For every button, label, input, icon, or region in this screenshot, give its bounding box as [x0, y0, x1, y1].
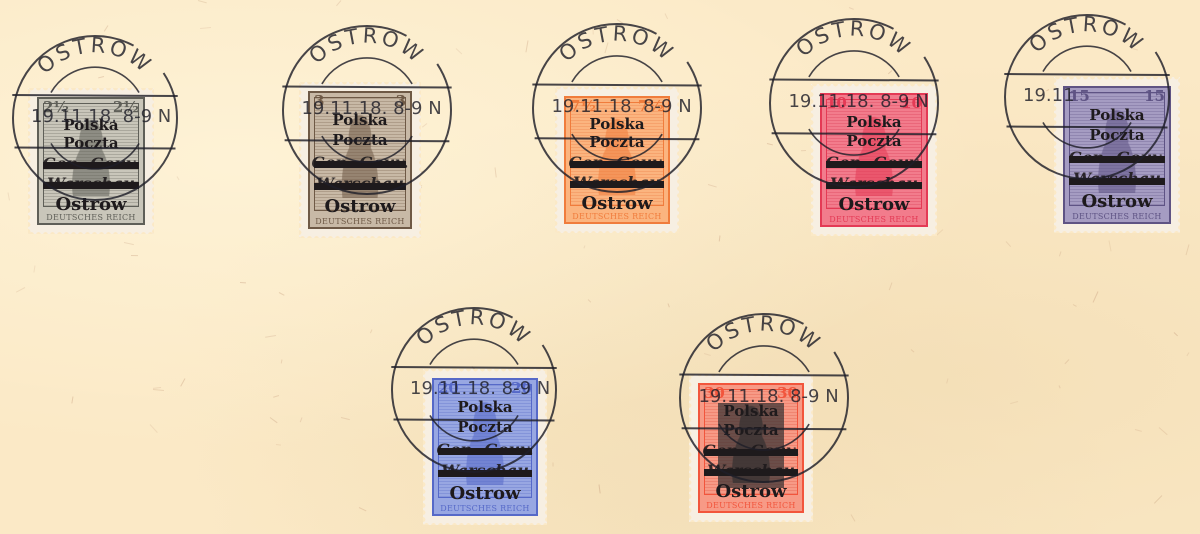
paper-fiber [98, 76, 104, 79]
postmark-inner-arc [572, 56, 662, 82]
postmark-inner-arc [322, 58, 412, 84]
paper-fiber [936, 229, 944, 236]
paper-fiber [197, 0, 206, 3]
paper-fiber [648, 28, 655, 32]
paper-fiber [1046, 89, 1049, 91]
paper-fiber [592, 28, 593, 34]
paper-fiber [946, 378, 948, 384]
stamp-design: 20 20 DEUTSCHES REICH Polska Poczta Gen.… [432, 378, 538, 516]
overprint: Polska Poczta Gen.-Gouv. Warschau Ostrow [566, 98, 668, 222]
paper-fiber [1174, 333, 1178, 337]
postmark-town: OSTROW [1024, 12, 1149, 57]
paper-fiber [1154, 495, 1162, 503]
stamp-design: 3 3 DEUTSCHES REICH Polska Poczta Gen.-G… [308, 91, 412, 229]
stamp-15-violet: 15 15 DEUTSCHES REICH Polska Poczta Gen.… [1054, 77, 1180, 233]
stamp-10-red: 10 10 DEUTSCHES REICH Polska Poczta Gen.… [811, 84, 937, 236]
paper-fiber [270, 417, 278, 423]
paper-fiber [1186, 352, 1189, 356]
paper-fiber [910, 349, 914, 352]
paper-fiber [279, 292, 285, 296]
paper-fiber [848, 7, 853, 10]
paper-fiber [704, 353, 711, 356]
paper-fiber [281, 359, 283, 364]
paper-fiber [802, 150, 807, 151]
postmark-town: OSTROW [411, 305, 536, 350]
paper-fiber [719, 235, 721, 241]
paper-fiber [1059, 252, 1062, 257]
obliteration-bar [1069, 178, 1165, 185]
paper-fiber [71, 396, 73, 403]
overprint-line-polska: Polska [434, 400, 536, 415]
stamp-design: 30 30 DEUTSCHES REICH Polska Poczta Gen.… [698, 383, 804, 513]
paper-fiber [276, 444, 281, 446]
paper-fiber [180, 378, 185, 387]
overprint: Polska Poczta Gen.-Gouv. Warschau Ostrow [310, 93, 410, 227]
overprint-line-ostrow: Ostrow [700, 483, 802, 501]
paper-fiber [240, 282, 246, 283]
obliteration-bar [1069, 156, 1165, 163]
overprint-line-poczta: Poczta [566, 135, 668, 150]
paper-fiber [667, 303, 669, 307]
overprint-line-poczta: Poczta [434, 420, 536, 435]
paper-fiber [889, 282, 893, 290]
paper-fiber [153, 389, 164, 391]
overprint-line-ostrow: Ostrow [434, 485, 536, 503]
paper-fiber [767, 143, 773, 145]
paper-fiber [495, 167, 497, 177]
obliteration-bar [438, 448, 532, 455]
paper-fiber [8, 193, 11, 201]
paper-fiber [131, 255, 138, 256]
paper-fiber [588, 300, 592, 304]
overprint-line-polska: Polska [566, 117, 668, 132]
paper-fiber [604, 42, 608, 53]
overprint: Polska Poczta Gen.-Gouv. Warschau Ostrow [1065, 88, 1169, 222]
obliteration-bar [826, 182, 922, 189]
paper-fiber [887, 71, 892, 75]
paper-fiber [336, 0, 341, 6]
paper-fiber [99, 37, 103, 41]
overprint-line-polska: Polska [1065, 108, 1169, 123]
overprint-line-poczta: Poczta [310, 133, 410, 148]
postmark-town: OSTROW [701, 311, 826, 356]
postmark-inner-arc [1043, 46, 1131, 71]
stamp-design: 7½ 7½ DEUTSCHES REICH Polska Poczta Gen.… [564, 96, 670, 224]
paper-fiber [1135, 429, 1142, 432]
obliteration-bar [704, 449, 798, 456]
stamp-30-orange-black: 30 30 DEUTSCHES REICH Polska Poczta Gen.… [689, 374, 813, 522]
postmark-bar-line [769, 79, 938, 80]
paper-fiber [1010, 401, 1018, 404]
paper-fiber [1073, 304, 1077, 307]
postmark-inner-arc [719, 346, 809, 372]
paper-fiber [200, 27, 211, 29]
postmark-town: OSTROW [304, 23, 429, 68]
postmark-town: OSTROW [32, 33, 157, 78]
obliteration-bar [43, 182, 139, 189]
paper-fiber [153, 387, 161, 389]
paper-fiber [265, 335, 276, 338]
paper-fiber [274, 395, 280, 398]
paper-fiber [150, 424, 158, 433]
paper-fiber [358, 507, 366, 512]
obliteration-bar [43, 162, 139, 169]
paper-fiber [456, 48, 462, 54]
overprint-line-ostrow: Ostrow [39, 196, 143, 214]
postmark-bar-line [532, 84, 701, 85]
stamp-design: 10 10 DEUTSCHES REICH Polska Poczta Gen.… [820, 93, 928, 227]
paper-fiber [33, 266, 35, 273]
paper-fiber [583, 245, 585, 248]
paper-fiber [552, 463, 553, 467]
paper-fiber [1064, 359, 1069, 364]
postmark-bar-line [1004, 74, 1169, 75]
overprint-line-ostrow: Ostrow [1065, 193, 1169, 211]
obliteration-bar [704, 469, 798, 476]
overprint-line-polska: Polska [310, 113, 410, 128]
overprint: Polska Poczta Gen.-Gouv. Warschau Ostrow [39, 99, 143, 223]
paper-fiber [665, 13, 668, 19]
paper-fiber [1185, 244, 1189, 255]
paper-fiber [1006, 241, 1011, 247]
paper-fiber [16, 287, 26, 293]
overprint-line-polska: Polska [39, 118, 143, 133]
overprint: Polska Poczta Gen.-Gouv. Warschau Ostrow [700, 385, 802, 511]
paper-fiber [370, 329, 372, 333]
overprint: Polska Poczta Gen.-Gouv. Warschau Ostrow [434, 380, 536, 514]
paper-fiber [526, 41, 529, 53]
overprint: Polska Poczta Gen.-Gouv. Warschau Ostrow [822, 95, 926, 225]
obliteration-bar [314, 161, 406, 168]
paper-fiber [299, 418, 302, 423]
postmark-inner-arc [809, 51, 899, 77]
stamp-20-blue: 20 20 DEUTSCHES REICH Polska Poczta Gen.… [423, 369, 547, 525]
postmark-inner-arc [430, 339, 518, 364]
stamp-3-brown: 3 3 DEUTSCHES REICH Polska Poczta Gen.-G… [299, 82, 421, 238]
paper-fiber [850, 514, 855, 522]
stamp-7-half-orange: 7½ 7½ DEUTSCHES REICH Polska Poczta Gen.… [555, 87, 679, 233]
paper-fiber [617, 19, 623, 23]
album-page: 2½ 2½ DEUTSCHES REICH Polska Poczta Gen.… [0, 0, 1200, 534]
overprint-line-poczta: Poczta [700, 423, 802, 438]
paper-fiber [1058, 386, 1060, 390]
overprint-line-ostrow: Ostrow [310, 198, 410, 216]
overprint-line-poczta: Poczta [39, 136, 143, 151]
paper-fiber [104, 26, 108, 32]
postmark-town: OSTROW [554, 21, 679, 66]
paper-fiber [598, 484, 600, 493]
obliteration-bar [314, 183, 406, 190]
paper-fiber [1159, 427, 1168, 435]
obliteration-bar [438, 470, 532, 477]
paper-fiber [124, 242, 134, 245]
paper-fiber [422, 123, 427, 127]
paper-fiber [176, 176, 179, 180]
stamp-2-half-grey: 2½ 2½ DEUTSCHES REICH Polska Poczta Gen.… [28, 88, 154, 234]
obliteration-bar [826, 161, 922, 168]
overprint-line-poczta: Poczta [1065, 128, 1169, 143]
overprint-line-ostrow: Ostrow [566, 195, 668, 213]
paper-fiber [341, 417, 350, 420]
overprint-line-polska: Polska [822, 115, 926, 130]
paper-fiber [1109, 241, 1112, 252]
obliteration-bar [570, 181, 664, 188]
overprint-line-polska: Polska [700, 404, 802, 419]
overprint-line-ostrow: Ostrow [822, 196, 926, 214]
paper-fiber [708, 184, 717, 187]
stamp-design: 15 15 DEUTSCHES REICH Polska Poczta Gen.… [1063, 86, 1171, 224]
overprint-line-poczta: Poczta [822, 134, 926, 149]
obliteration-bar [570, 161, 664, 168]
postmark-town: OSTROW [791, 16, 916, 61]
paper-fiber [1132, 48, 1138, 51]
paper-fiber [1092, 291, 1098, 302]
stamp-design: 2½ 2½ DEUTSCHES REICH Polska Poczta Gen.… [37, 97, 145, 225]
